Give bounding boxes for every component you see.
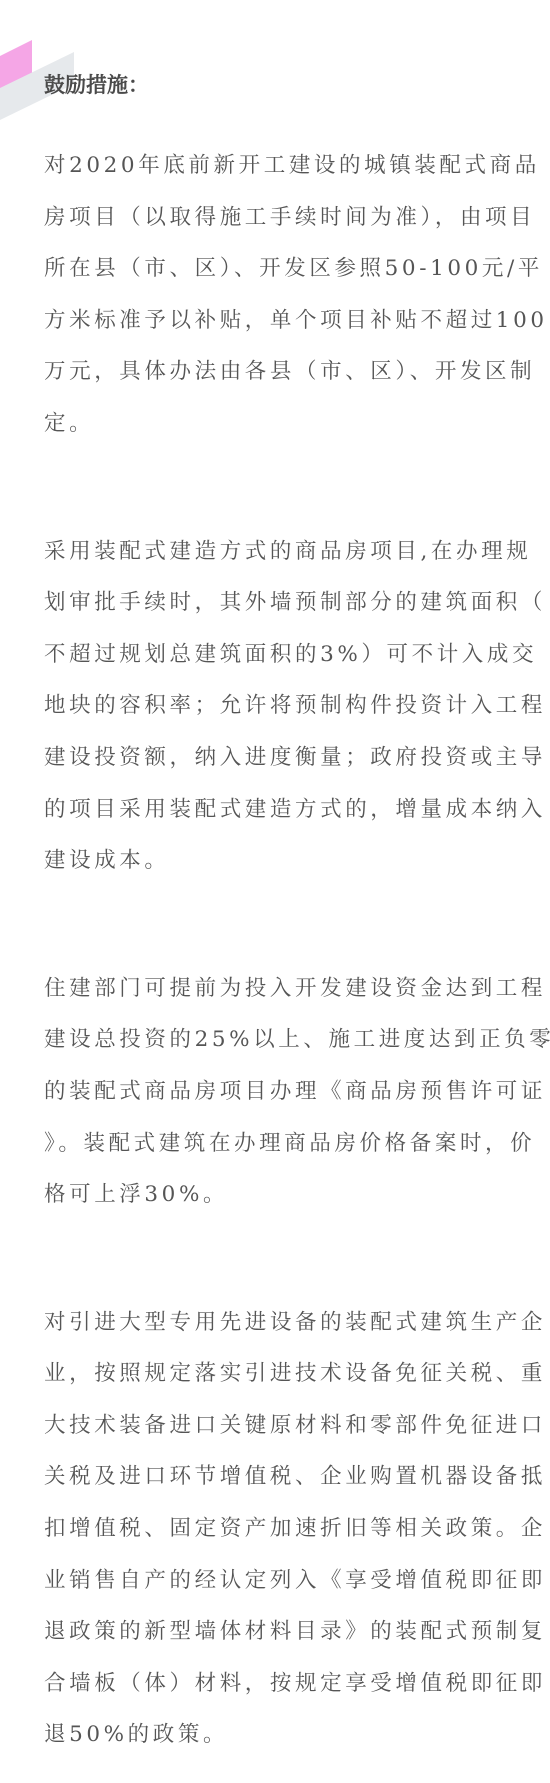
text-line: 的项目采用装配式建造方式的，增量成本纳入 xyxy=(44,784,514,836)
paragraph-spacer xyxy=(44,450,514,526)
text-line: 》。装配式建筑在办理商品房价格备案时，价 xyxy=(44,1118,514,1170)
text-line: 的装配式商品房项目办理《商品房预售许可证 xyxy=(44,1066,514,1118)
text-line: 退50%的政策。 xyxy=(44,1709,514,1761)
text-line: 大技术装备进口关键原材料和零部件免征进口 xyxy=(44,1400,514,1452)
paragraph-tax: 对引进大型专用先进设备的装配式建筑生产企 业，按照规定落实引进技术设备免征关税、… xyxy=(44,1297,514,1761)
paragraph-subsidy: 对2020年底前新开工建设的城镇装配式商品 房项目（以取得施工手续时间为准），由… xyxy=(44,140,514,450)
paragraph-spacer xyxy=(44,1221,514,1297)
text-line: 建设投资额，纳入进度衡量；政府投资或主导 xyxy=(44,732,514,784)
text-line: 划审批手续时，其外墙预制部分的建筑面积（ xyxy=(44,577,514,629)
paragraph-planning: 采用装配式建造方式的商品房项目,在办理规 划审批手续时，其外墙预制部分的建筑面积… xyxy=(44,526,514,887)
section-heading: 鼓励措施： xyxy=(44,70,149,100)
text-line: 房项目（以取得施工手续时间为准），由项目 xyxy=(44,192,514,244)
paragraph-presale: 住建部门可提前为投入开发建设资金达到工程 建设总投资的25%以上、施工进度达到正… xyxy=(44,963,514,1221)
text-line: 关税及进口环节增值税、企业购置机器设备抵 xyxy=(44,1451,514,1503)
paragraph-spacer xyxy=(44,887,514,963)
text-line: 万元，具体办法由各县（市、区）、开发区制 xyxy=(44,346,514,398)
text-line: 退政策的新型墙体材料目录》的装配式预制复 xyxy=(44,1606,514,1658)
text-line: 建设成本。 xyxy=(44,835,514,887)
text-line: 方米标准予以补贴，单个项目补贴不超过100 xyxy=(44,295,514,347)
text-line: 建设总投资的25%以上、施工进度达到正负零 xyxy=(44,1014,514,1066)
text-line: 定。 xyxy=(44,398,514,450)
text-line: 业销售自产的经认定列入《享受增值税即征即 xyxy=(44,1555,514,1607)
text-line: 采用装配式建造方式的商品房项目,在办理规 xyxy=(44,526,514,578)
text-line: 业，按照规定落实引进技术设备免征关税、重 xyxy=(44,1348,514,1400)
article-body: 对2020年底前新开工建设的城镇装配式商品 房项目（以取得施工手续时间为准），由… xyxy=(44,140,514,1761)
text-line: 所在县（市、区）、开发区参照50-100元/平 xyxy=(44,243,514,295)
text-line: 地块的容积率；允许将预制构件投资计入工程 xyxy=(44,680,514,732)
text-line: 对引进大型专用先进设备的装配式建筑生产企 xyxy=(44,1297,514,1349)
text-line: 住建部门可提前为投入开发建设资金达到工程 xyxy=(44,963,514,1015)
text-line: 不超过规划总建筑面积的3%）可不计入成交 xyxy=(44,629,514,681)
text-line: 对2020年底前新开工建设的城镇装配式商品 xyxy=(44,140,514,192)
text-line: 扣增值税、固定资产加速折旧等相关政策。企 xyxy=(44,1503,514,1555)
text-line: 合墙板（体）材料，按规定享受增值税即征即 xyxy=(44,1658,514,1710)
text-line: 格可上浮30%。 xyxy=(44,1169,514,1221)
decorative-parallelogram-icon xyxy=(0,0,90,130)
